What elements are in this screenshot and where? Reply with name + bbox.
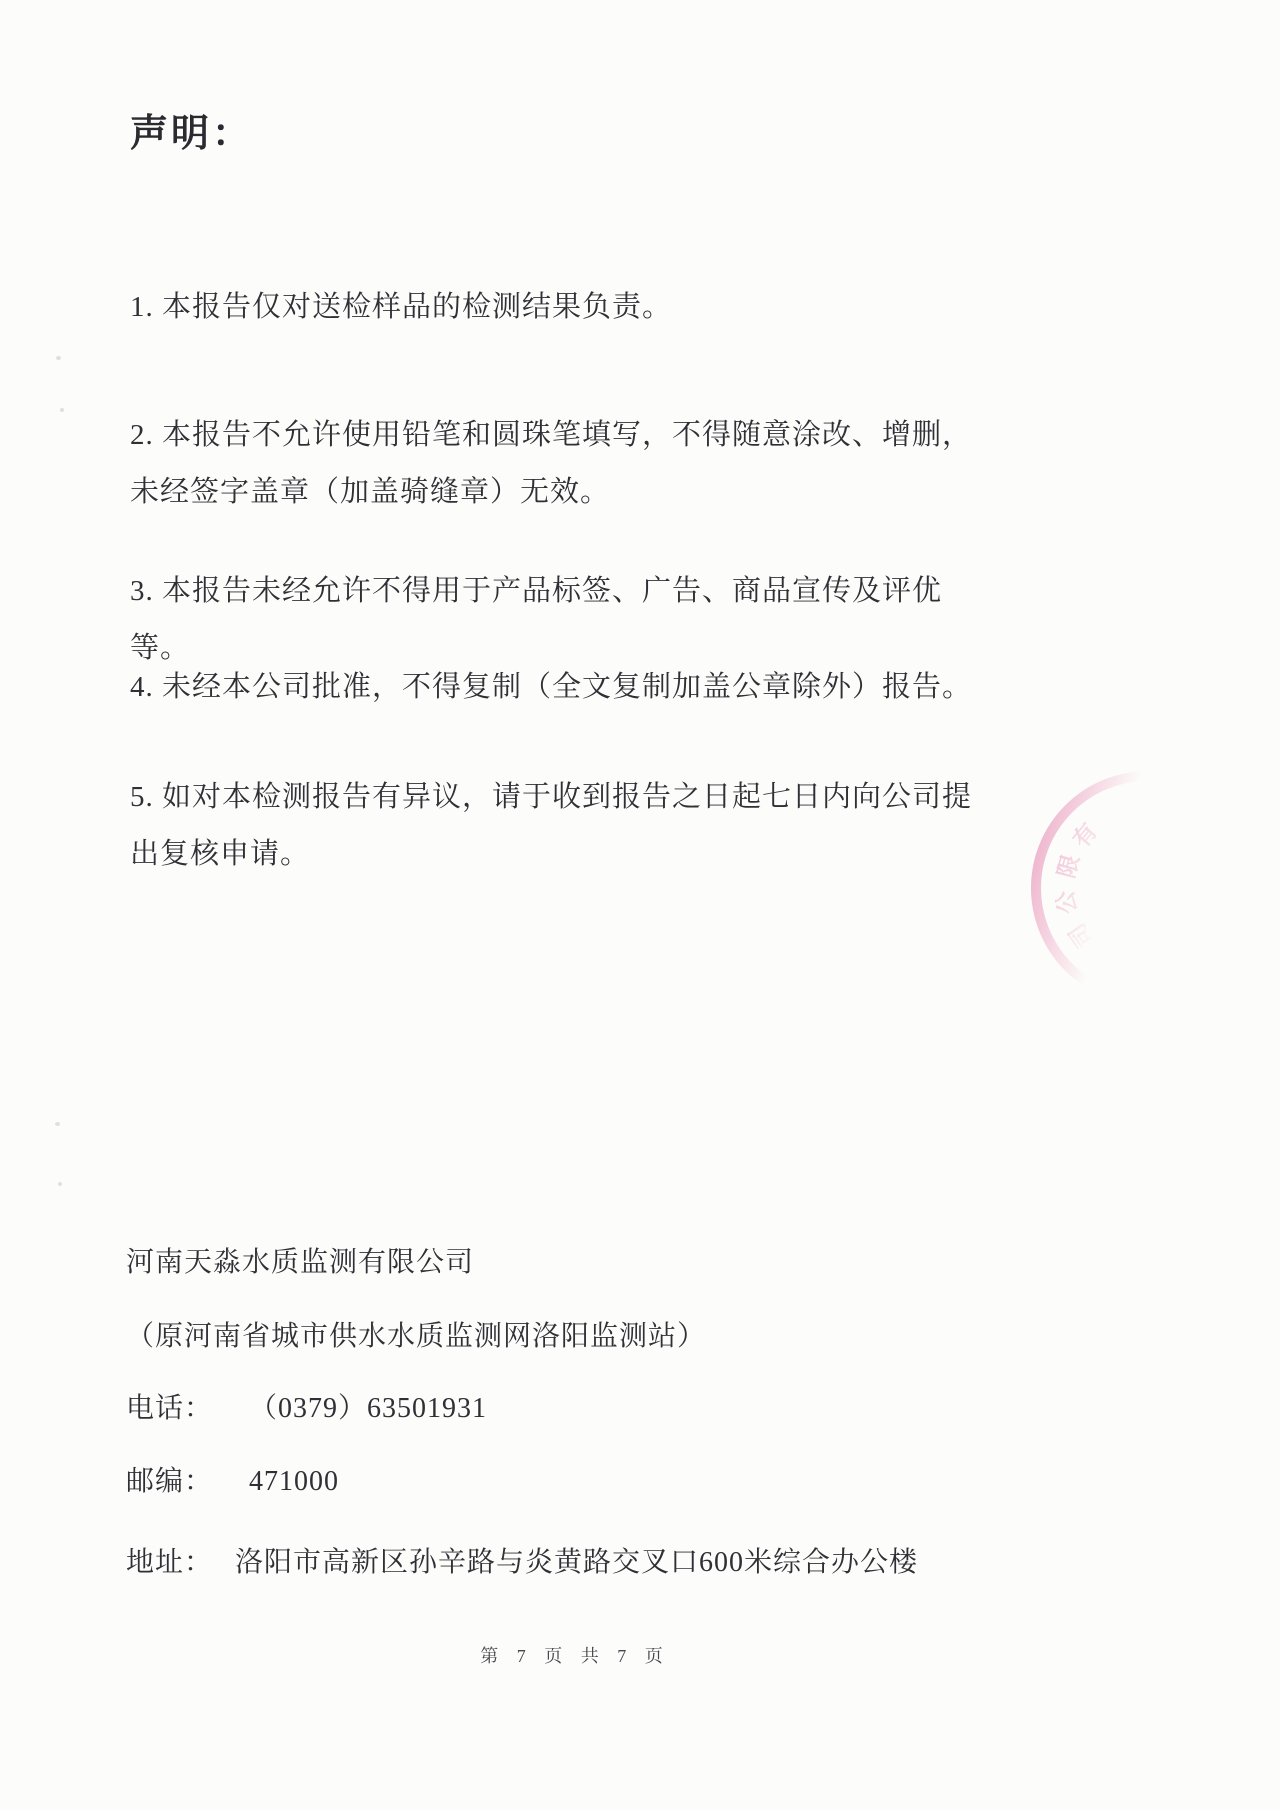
report-declaration-page: 声明： 1. 本报告仅对送检样品的检测结果负责。 2. 本报告不允许使用铅笔和圆… (0, 0, 1280, 1810)
stamp-char-4: 司 (1064, 919, 1098, 952)
company-name: 河南天淼水质监测有限公司 (126, 1240, 474, 1280)
company-address-line: 地址： 洛阳市高新区孙辛路与炎黄路交叉口600米综合办公楼 (126, 1540, 918, 1580)
stamp-char-1: 有 (1068, 818, 1103, 852)
company-postcode-line: 邮编： 471000 (126, 1459, 339, 1499)
stamp-char-3: 公 (1053, 889, 1082, 916)
phone-label: 电话： (126, 1393, 213, 1424)
address-label: 地址： (126, 1547, 213, 1578)
company-seal-stamp-partial: 有 限 公 司 (978, 758, 1208, 1018)
postcode-value: 471000 (249, 1466, 339, 1498)
page-number-footer: 第 7 页 共 7 页 (0, 1642, 1150, 1668)
company-former-name: （原河南省城市供水水质监测网洛阳监测站） (126, 1314, 706, 1354)
statement-item-4: 4. 未经本公司批准，不得复制（全文复制加盖公章除外）报告。 (130, 659, 992, 716)
scan-speck (55, 1122, 60, 1126)
statement-item-1: 1. 本报告仅对送检样品的检测结果负责。 (130, 279, 992, 336)
stamp-ring (1036, 776, 1208, 1000)
address-value: 洛阳市高新区孙辛路与炎黄路交叉口600米综合办公楼 (235, 1540, 918, 1580)
scan-speck (56, 356, 61, 360)
scan-speck (60, 408, 64, 412)
company-phone-line: 电话： （0379）63501931 (126, 1386, 487, 1426)
scan-speck (58, 1182, 62, 1186)
stamp-char-2: 限 (1054, 852, 1084, 881)
statement-item-2: 2. 本报告不允许使用铅笔和圆珠笔填写，不得随意涂改、增删，未经签字盖章（加盖骑… (130, 407, 992, 521)
page-title: 声明： (130, 102, 253, 157)
postcode-label: 邮编： (126, 1466, 213, 1497)
phone-value: （0379）63501931 (249, 1386, 487, 1426)
statement-item-5: 5. 如对本检测报告有异议，请于收到报告之日起七日内向公司提出复核申请。 (130, 769, 992, 883)
